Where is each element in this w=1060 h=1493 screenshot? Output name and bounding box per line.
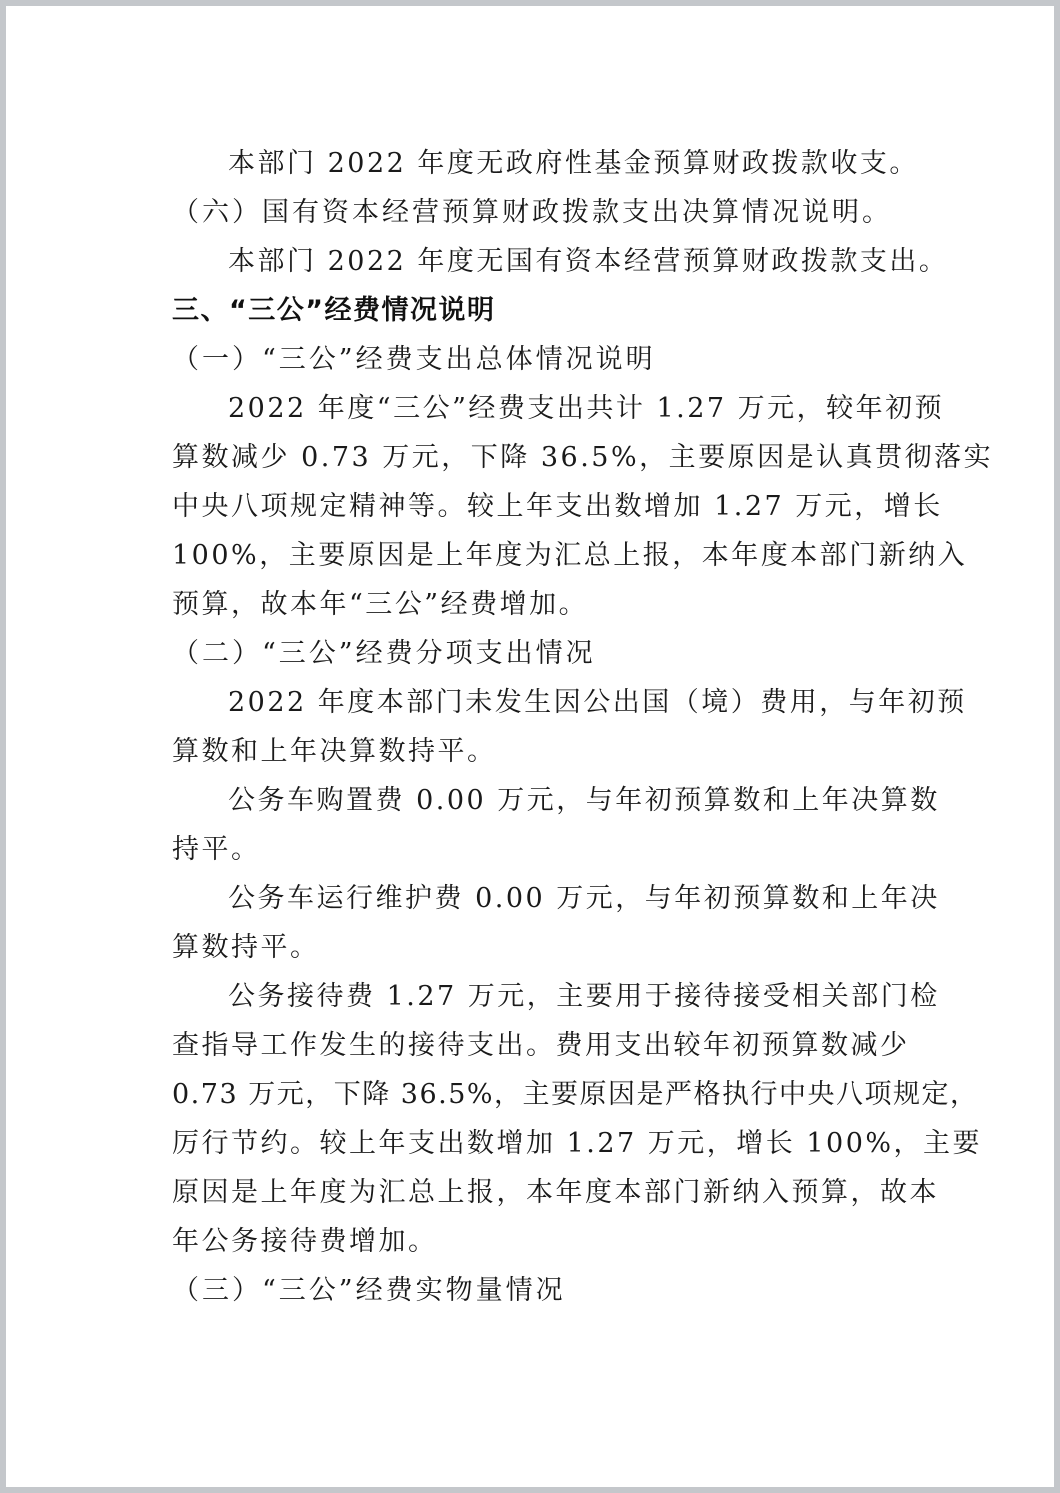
paragraph-line: 中央八项规定精神等。较上年支出数增加 1.27 万元，增长	[172, 487, 943, 527]
paragraph-line: 公务接待费 1.27 万元，主要用于接待接受相关部门检	[228, 977, 940, 1017]
paragraph-line: 算数和上年决算数持平。	[172, 732, 497, 772]
section-heading-three-public: 三、“三公”经费情况说明	[172, 291, 496, 331]
document-page: 本部门 2022 年度无政府性基金预算财政拨款收支。 （六）国有资本经营预算财政…	[6, 6, 1054, 1487]
paragraph-line: 0.73 万元，下降 36.5%，主要原因是严格执行中央八项规定，	[172, 1075, 979, 1115]
paragraph-line: 2022 年度“三公”经费支出共计 1.27 万元，较年初预	[228, 389, 944, 429]
paragraph-line: 公务车运行维护费 0.00 万元，与年初预算数和上年决	[228, 879, 940, 919]
paragraph-line: 算数减少 0.73 万元，下降 36.5%，主要原因是认真贯彻落实	[172, 438, 993, 478]
paragraph-line: 厉行节约。较上年支出数增加 1.27 万元，增长 100%，主要	[172, 1124, 982, 1164]
subheading-overall: （一）“三公”经费支出总体情况说明	[172, 340, 656, 380]
paragraph-line: 预算，故本年“三公”经费增加。	[172, 585, 588, 625]
subheading-state-capital: （六）国有资本经营预算财政拨款支出决算情况说明。	[172, 193, 892, 233]
paragraph-line-no-state-capital: 本部门 2022 年度无国有资本经营预算财政拨款支出。	[228, 242, 948, 282]
subheading-itemized: （二）“三公”经费分项支出情况	[172, 634, 596, 674]
paragraph-line: 年公务接待费增加。	[172, 1222, 438, 1262]
paragraph-line: 2022 年度本部门未发生因公出国（境）费用，与年初预	[228, 683, 967, 723]
paragraph-line: 算数持平。	[172, 928, 320, 968]
paragraph-line: 公务车购置费 0.00 万元，与年初预算数和上年决算数	[228, 781, 940, 821]
subheading-physical-quantity: （三）“三公”经费实物量情况	[172, 1271, 566, 1311]
paragraph-line-no-gov-fund: 本部门 2022 年度无政府性基金预算财政拨款收支。	[228, 144, 919, 184]
paragraph-line: 原因是上年度为汇总上报，本年度本部门新纳入预算，故本	[172, 1173, 939, 1213]
paragraph-line: 查指导工作发生的接待支出。费用支出较年初预算数减少	[172, 1026, 910, 1066]
paragraph-line: 持平。	[172, 830, 261, 870]
paragraph-line: 100%，主要原因是上年度为汇总上报，本年度本部门新纳入	[172, 536, 967, 576]
